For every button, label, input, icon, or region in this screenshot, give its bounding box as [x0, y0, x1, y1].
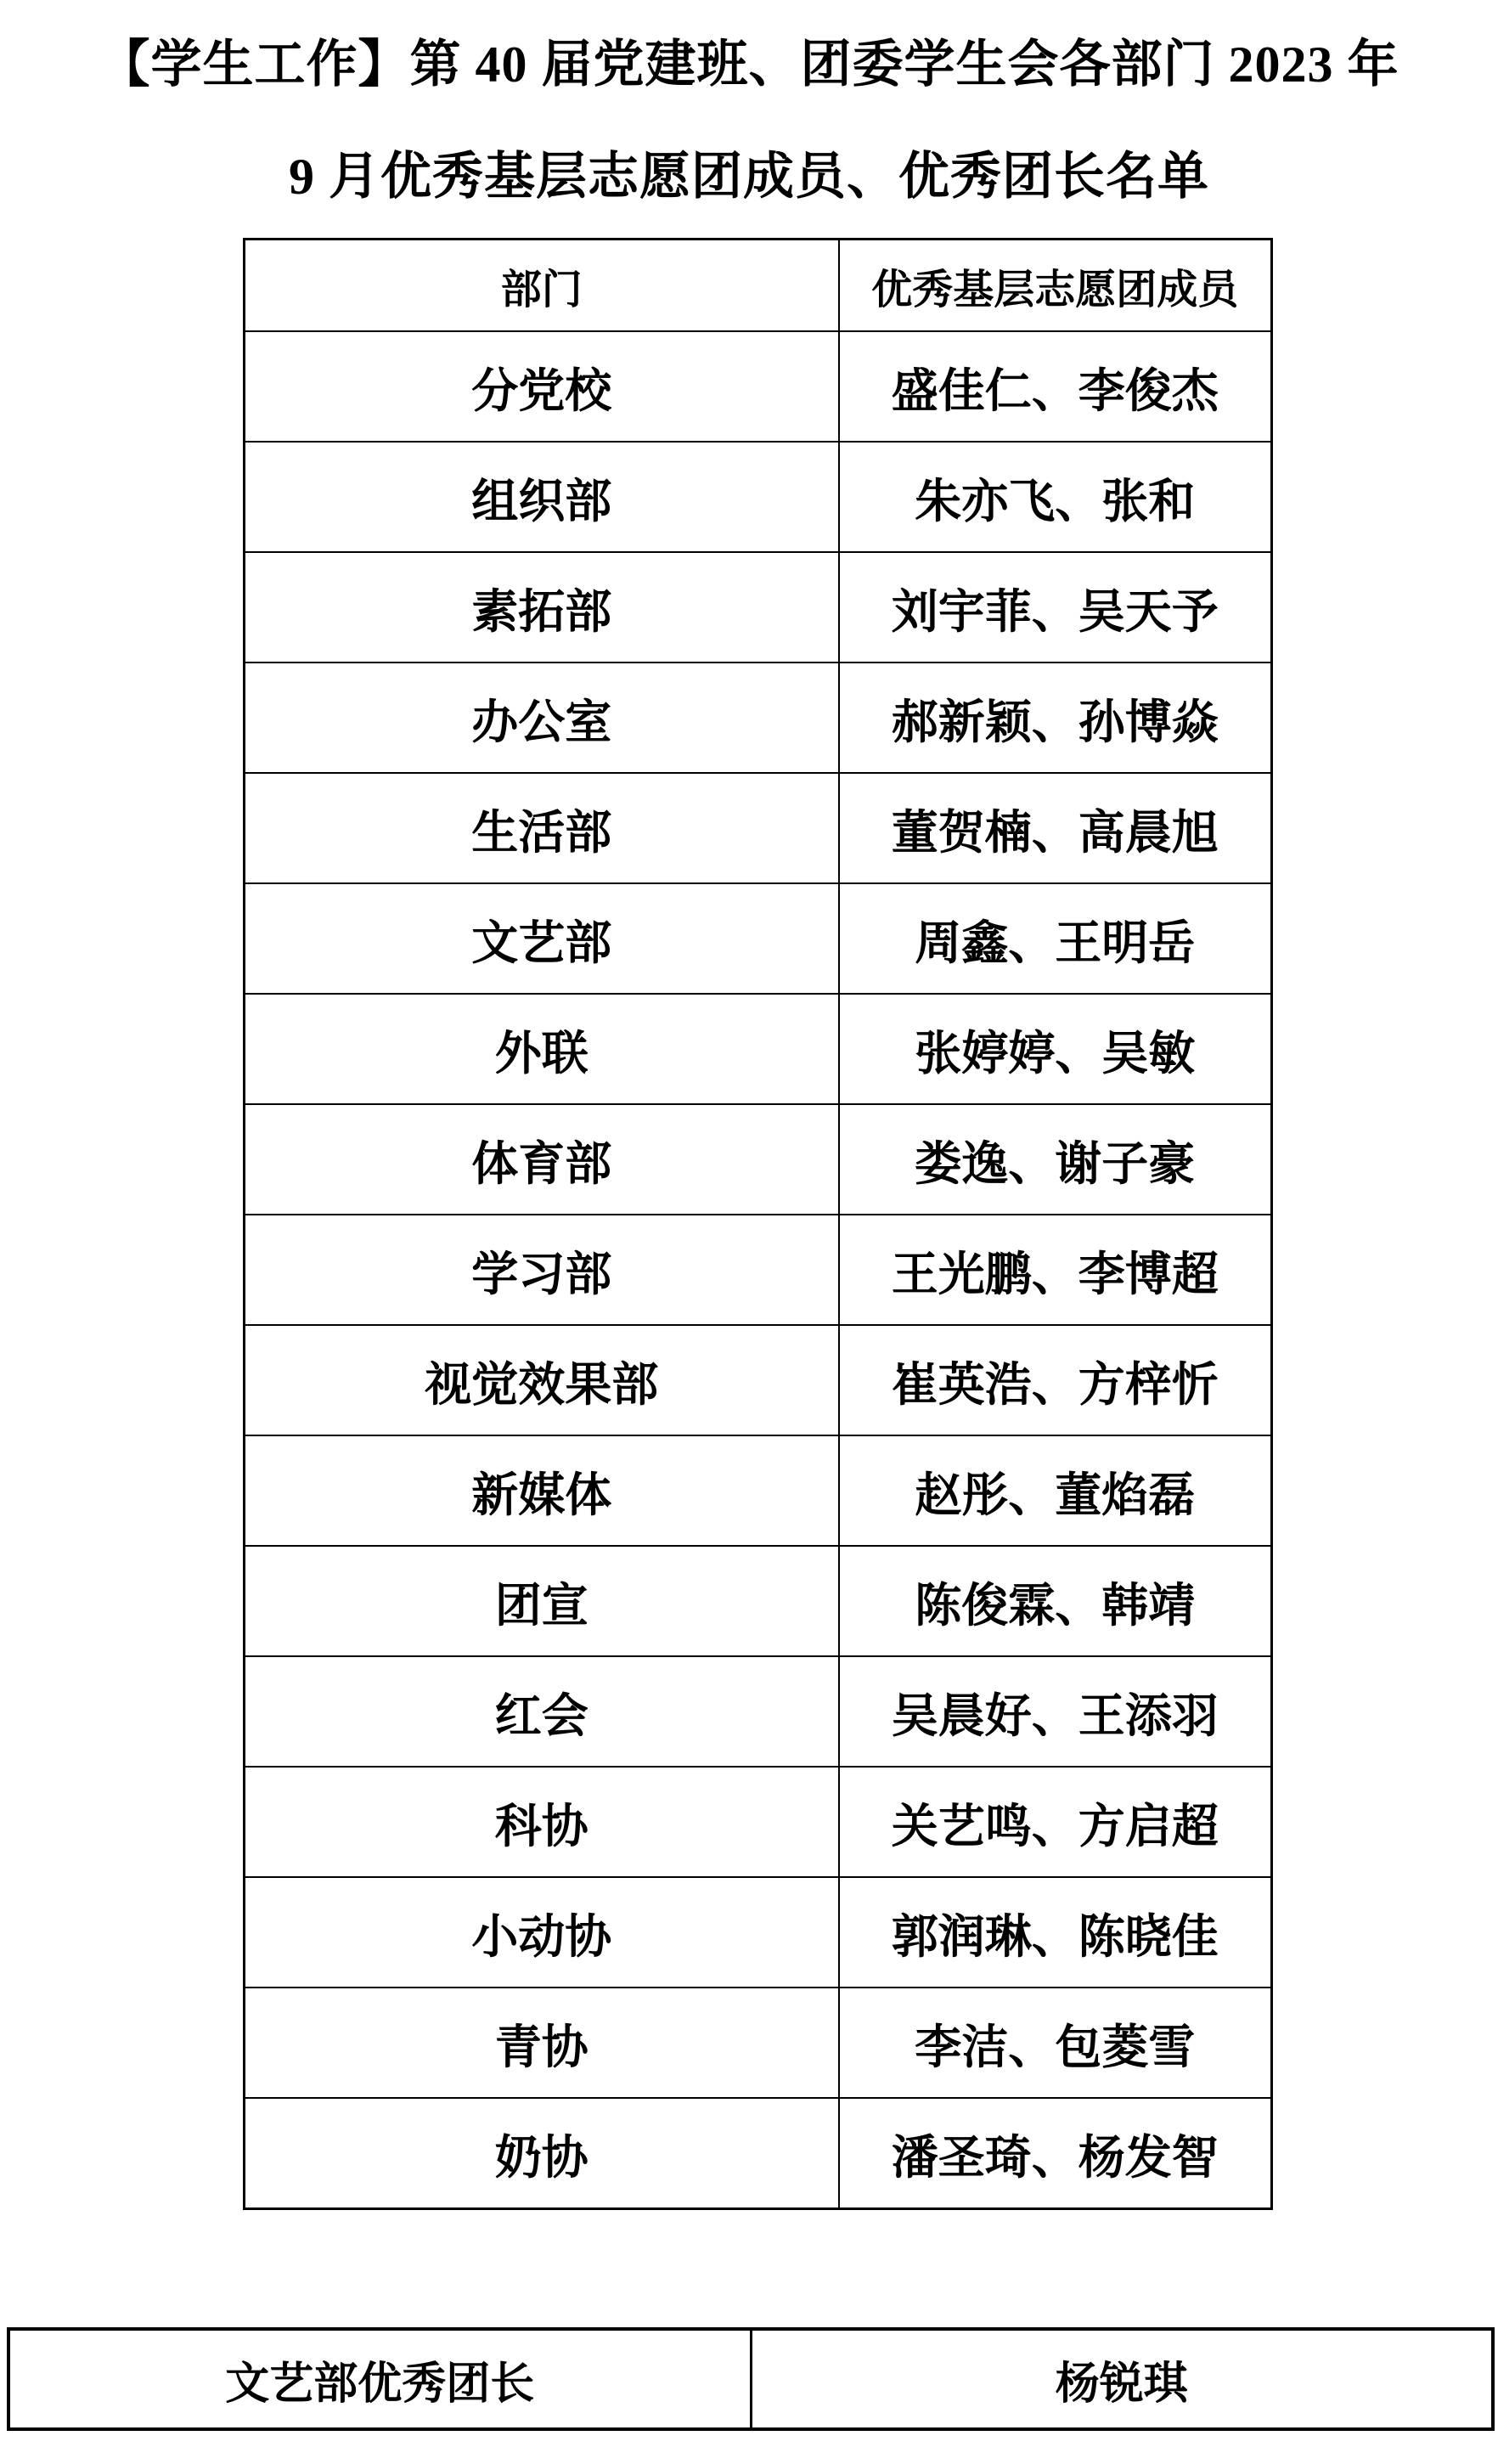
table-row: 体育部 娄逸、谢子豪 — [245, 1104, 1272, 1215]
table-row: 奶协 潘圣琦、杨发智 — [245, 2098, 1272, 2209]
members-cell: 崔英浩、方梓忻 — [839, 1325, 1272, 1435]
department-cell: 团宣 — [245, 1546, 839, 1656]
table-row: 青协 李洁、包菱雪 — [245, 1988, 1272, 2098]
column-header-department: 部门 — [245, 240, 839, 332]
table-row: 组织部 朱亦飞、张和 — [245, 442, 1272, 552]
members-cell: 郝新颖、孙博焱 — [839, 663, 1272, 773]
department-cell: 文艺部 — [245, 883, 839, 994]
table-header-row: 部门 优秀基层志愿团成员 — [245, 240, 1272, 332]
department-cell: 分党校 — [245, 331, 839, 442]
department-cell: 奶协 — [245, 2098, 839, 2209]
department-cell: 素拓部 — [245, 552, 839, 663]
department-cell: 小动协 — [245, 1877, 839, 1988]
table-row: 视觉效果部 崔英浩、方梓忻 — [245, 1325, 1272, 1435]
members-cell: 郭润琳、陈晓佳 — [839, 1877, 1272, 1988]
table-row: 生活部 董贺楠、高晨旭 — [245, 773, 1272, 883]
department-cell: 外联 — [245, 994, 839, 1104]
table-row: 团宣 陈俊霖、韩靖 — [245, 1546, 1272, 1656]
table-row: 分党校 盛佳仁、李俊杰 — [245, 331, 1272, 442]
members-cell: 李洁、包菱雪 — [839, 1988, 1272, 2098]
department-cell: 学习部 — [245, 1215, 839, 1325]
department-cell: 办公室 — [245, 663, 839, 773]
department-cell: 红会 — [245, 1656, 839, 1767]
document-page: { "title": { "line1": "【学生工作】第 40 届党建班、团… — [0, 0, 1498, 2464]
table-row: 小动协 郭润琳、陈晓佳 — [245, 1877, 1272, 1988]
table-row: 外联 张婷婷、吴敏 — [245, 994, 1272, 1104]
department-cell: 科协 — [245, 1767, 839, 1877]
table-row: 素拓部 刘宇菲、吴天予 — [245, 552, 1272, 663]
department-cell: 青协 — [245, 1988, 839, 2098]
leader-name-cell: 杨锐琪 — [751, 2329, 1493, 2429]
department-cell: 新媒体 — [245, 1435, 839, 1546]
members-cell: 陈俊霖、韩靖 — [839, 1546, 1272, 1656]
members-cell: 刘宇菲、吴天予 — [839, 552, 1272, 663]
column-header-members: 优秀基层志愿团成员 — [839, 240, 1272, 332]
leader-table: 文艺部优秀团长 杨锐琪 — [7, 2327, 1495, 2431]
members-cell: 潘圣琦、杨发智 — [839, 2098, 1272, 2209]
members-cell: 关艺鸣、方启超 — [839, 1767, 1272, 1877]
table-row: 办公室 郝新颖、孙博焱 — [245, 663, 1272, 773]
members-cell: 娄逸、谢子豪 — [839, 1104, 1272, 1215]
members-cell: 周鑫、王明岳 — [839, 883, 1272, 994]
page-title: 【学生工作】第 40 届党建班、团委学生会各部门 2023 年 9 月优秀基层志… — [0, 0, 1498, 233]
table-row: 文艺部 周鑫、王明岳 — [245, 883, 1272, 994]
table-row: 新媒体 赵彤、董焰磊 — [245, 1435, 1272, 1546]
table-row: 红会 吴晨好、王添羽 — [245, 1656, 1272, 1767]
members-cell: 吴晨好、王添羽 — [839, 1656, 1272, 1767]
leader-row: 文艺部优秀团长 杨锐琪 — [8, 2329, 1493, 2429]
table-row: 科协 关艺鸣、方启超 — [245, 1767, 1272, 1877]
page-title-line-1: 【学生工作】第 40 届党建班、团委学生会各部门 2023 年 — [0, 8, 1498, 121]
awards-table: 部门 优秀基层志愿团成员 分党校 盛佳仁、李俊杰 组织部 朱亦飞、张和 素拓部 … — [243, 238, 1273, 2210]
department-cell: 视觉效果部 — [245, 1325, 839, 1435]
members-cell: 张婷婷、吴敏 — [839, 994, 1272, 1104]
members-cell: 朱亦飞、张和 — [839, 442, 1272, 552]
page-title-line-2: 9 月优秀基层志愿团成员、优秀团长名单 — [0, 121, 1498, 233]
department-cell: 生活部 — [245, 773, 839, 883]
members-cell: 盛佳仁、李俊杰 — [839, 331, 1272, 442]
department-cell: 组织部 — [245, 442, 839, 552]
members-cell: 王光鹏、李博超 — [839, 1215, 1272, 1325]
members-cell: 董贺楠、高晨旭 — [839, 773, 1272, 883]
department-cell: 体育部 — [245, 1104, 839, 1215]
leader-label-cell: 文艺部优秀团长 — [8, 2329, 751, 2429]
members-cell: 赵彤、董焰磊 — [839, 1435, 1272, 1546]
table-row: 学习部 王光鹏、李博超 — [245, 1215, 1272, 1325]
